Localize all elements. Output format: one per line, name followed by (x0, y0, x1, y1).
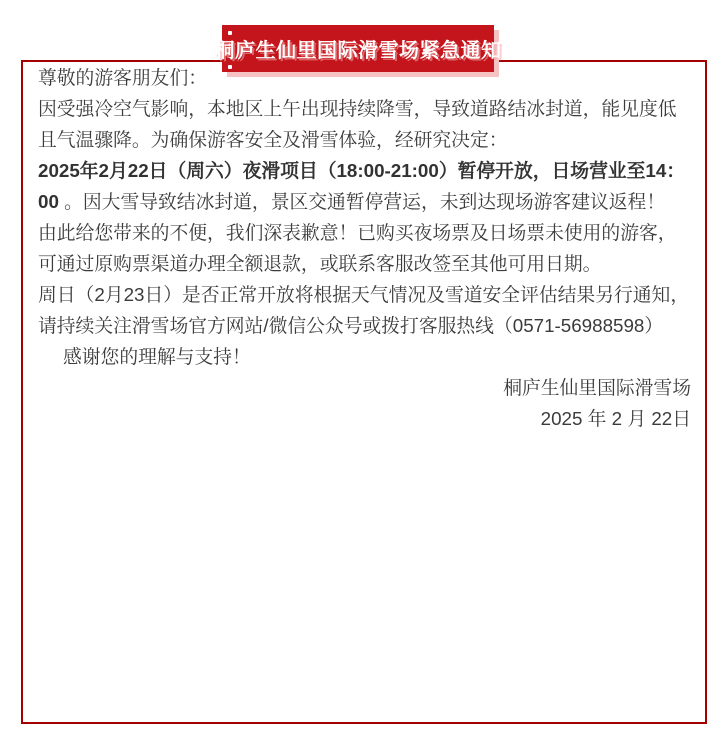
weather-paragraph: 因受强冷空气影响，本地区上午出现持续降雪，导致道路结冰封道，能见度低且气温骤降。… (38, 93, 691, 155)
announcement-paragraph: 2025年2月22日（周六）夜滑项目（18:00-21:00）暂停开放，日场营业… (38, 155, 691, 217)
sunday-notice-paragraph: 周日（2月23日）是否正常开放将根据天气情况及雪道安全评估结果另行通知，请持续关… (38, 279, 691, 341)
apology-paragraph: 由此给您带来的不便，我们深表歉意！已购买夜场票及日场票未使用的游客，可通过原购票… (38, 217, 691, 279)
signature-name: 桐庐生仙里国际滑雪场 (38, 372, 691, 403)
notice-page: 桐庐生仙里国际滑雪场紧急通知 尊敬的游客朋友们： 因受强冷空气影响，本地区上午出… (0, 0, 720, 745)
decorative-dot-icon (228, 65, 232, 69)
notice-frame: 尊敬的游客朋友们： 因受强冷空气影响，本地区上午出现持续降雪，导致道路结冰封道，… (21, 60, 707, 724)
announcement-normal-text: 。因大雪导致结冰封道，景区交通暂停营运，未到达现场游客建议返程！ (59, 191, 665, 212)
decorative-dot-icon (228, 31, 232, 35)
notice-body: 尊敬的游客朋友们： 因受强冷空气影响，本地区上午出现持续降雪，导致道路结冰封道，… (23, 62, 705, 434)
notice-banner: 桐庐生仙里国际滑雪场紧急通知 (222, 25, 494, 72)
thanks-text: 感谢您的理解与支持！ (38, 341, 691, 372)
notice-title: 桐庐生仙里国际滑雪场紧急通知 (215, 34, 502, 63)
signature-date: 2025 年 2 月 22日 (38, 403, 691, 434)
